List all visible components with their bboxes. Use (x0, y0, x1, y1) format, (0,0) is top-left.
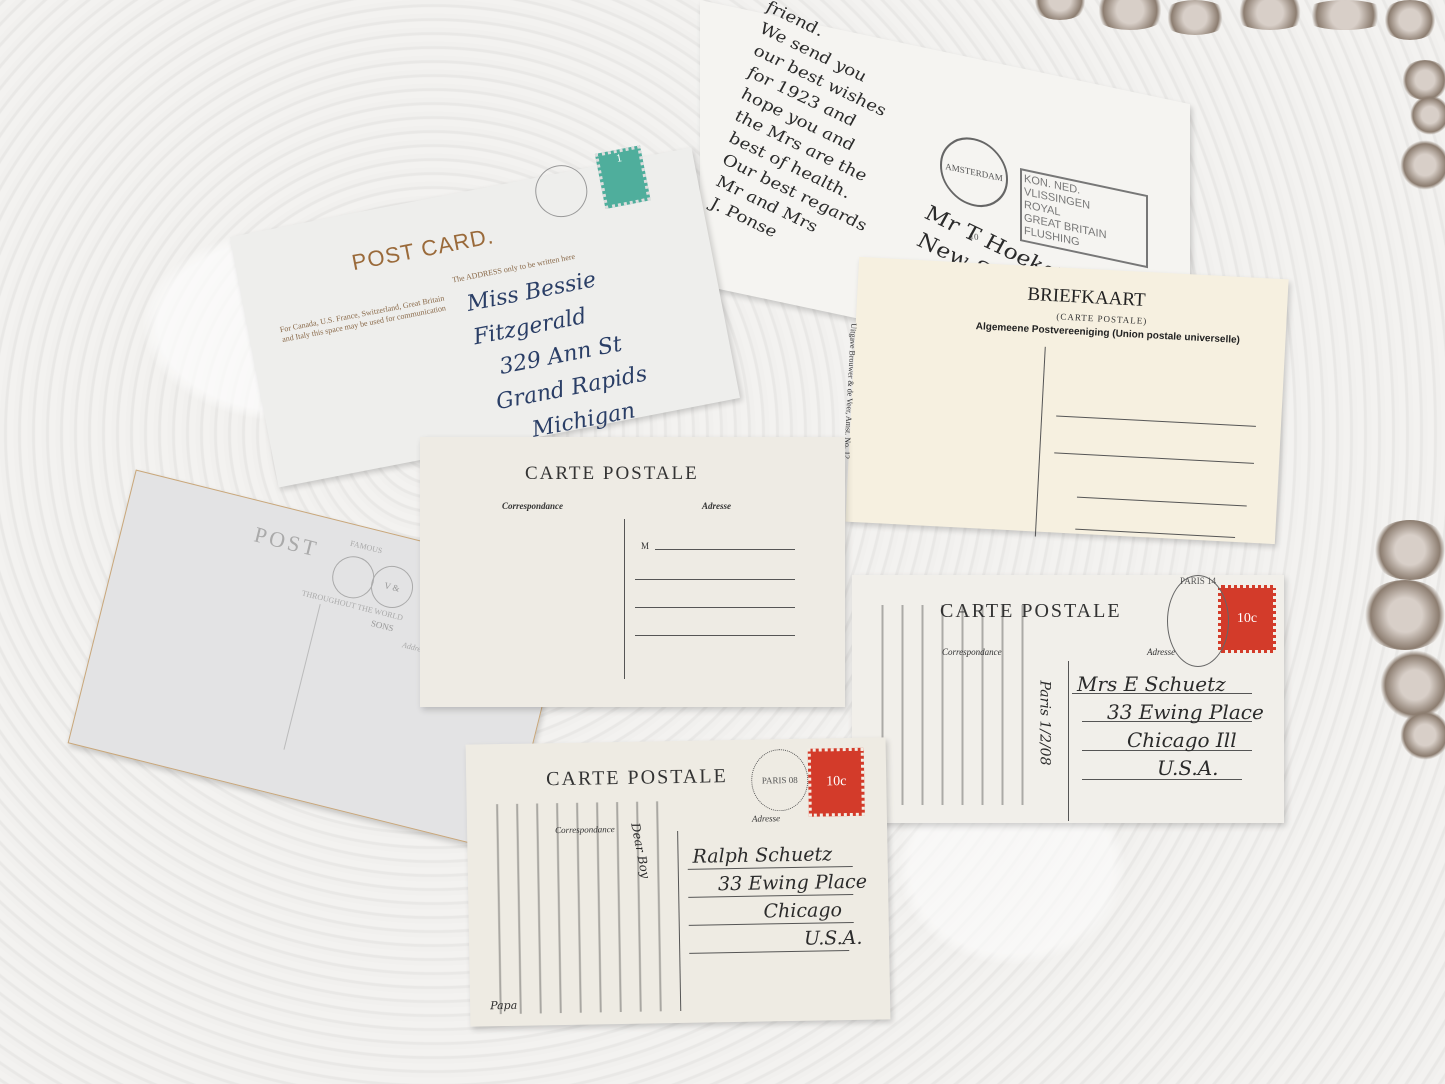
card-heading: BRIEFKAART (1027, 284, 1146, 312)
message-handwriting (482, 801, 666, 1014)
card-subheading: (CARTE POSTALE) (1056, 311, 1147, 326)
sons-logo: V & SONS (367, 562, 418, 613)
address-line: U.S.A. (694, 924, 868, 955)
stamp-semeuse: 10c (808, 748, 865, 817)
address-line: 33 Ewing Place (693, 868, 867, 899)
postcard-briefkaart: BRIEFKAART (CARTE POSTALE) Algemeene Pos… (845, 257, 1288, 544)
postmark-amsterdam: AMSTERDAM 10 (940, 131, 1008, 213)
heading-post: POST (252, 522, 322, 563)
card-heading: CARTE POSTALE (546, 765, 728, 791)
postcard-carte-postale-chicago: CARTE POSTALE Correspondance Adresse 10c… (852, 575, 1284, 823)
logo-famous: FAMOUS (349, 539, 383, 556)
address-line: Ralph Schuetz (692, 840, 866, 871)
postmark-paris: PARIS 14 (1167, 575, 1229, 667)
adresse-label: Adresse (1147, 647, 1175, 657)
postcard-carte-postale-blank: CARTE POSTALE Correspondance Adresse M (420, 437, 845, 707)
union-line: Algemeene Postvereeniging (Union postale… (975, 321, 1240, 346)
signature: Papa (490, 999, 517, 1012)
adresse-label: Adresse (702, 501, 731, 511)
globe-logo-icon (328, 552, 379, 603)
address-line: Chicago (693, 896, 867, 927)
postmark-paris: PARIS 08 (751, 749, 809, 812)
correspondance-label: Correspondance (502, 501, 563, 511)
date: Paris 1/2/08 (1037, 680, 1053, 765)
message-handwriting (867, 605, 1027, 805)
adresse-label: Adresse (752, 813, 780, 823)
card-heading: POST CARD. (350, 223, 496, 276)
address-line: Mrs E Schuetz (1077, 670, 1264, 698)
card-heading: CARTE POSTALE (525, 463, 699, 485)
postcard-carte-postale-ralph: CARTE POSTALE Correspondance Adresse 10c… (466, 737, 891, 1026)
address-prefix: M (641, 541, 649, 551)
address-line: 33 Ewing Place (1077, 698, 1264, 726)
communication-note: For Canada, U.S. France, Switzerland, Gr… (273, 292, 454, 346)
address-line: U.S.A. (1077, 754, 1264, 782)
address-line: Chicago Ill (1077, 726, 1264, 754)
